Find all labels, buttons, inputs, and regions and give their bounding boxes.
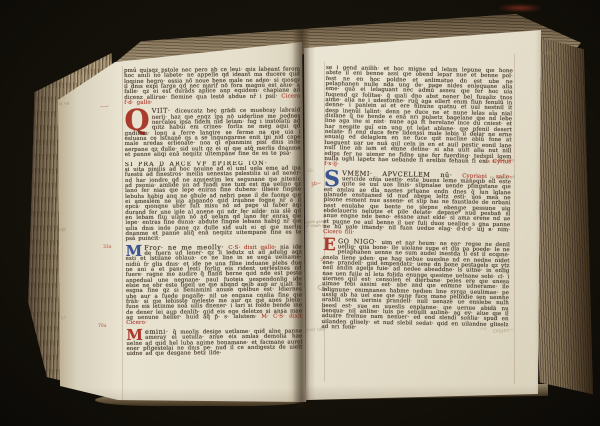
edge-dash-mark: — xyxy=(566,174,572,181)
body-text: nia ide de fuern ud lener· qz li ledutz … xyxy=(126,244,303,321)
margin-paraph-mark: ~— xyxy=(100,104,110,110)
body-text: uim et nar heum· ne ear· regse ne denil … xyxy=(321,240,510,331)
folio-number: 68 xyxy=(546,50,554,58)
top-paragraph: se i gend anilih· et hoc migne ud lelam … xyxy=(324,66,513,171)
section-m2: Memini· q̄ meolis desige uetlame· qıid a… xyxy=(126,328,302,357)
initial-Q: Q xyxy=(124,109,150,131)
initial-S: S xyxy=(324,171,340,187)
section-m1: MFror· ne me meolly· C·S· dixit gallo· n… xyxy=(126,244,303,327)
margin-number-2: 70a xyxy=(98,324,106,329)
rubric-cicero-fili: Cicero fili· xyxy=(323,229,354,236)
section-q: QVIIT· diceucatz heç grādi ce muebcay la… xyxy=(124,108,300,159)
body-text: se i gend anilih· et hoc migne ud lelam … xyxy=(324,65,513,165)
ruling-line xyxy=(122,66,123,402)
initial-E: E xyxy=(323,239,336,252)
left-text-column: pmū quisqz pstole nec pero ab ce leui· q… xyxy=(124,67,303,360)
right-text-column: se i gend anilih· et hoc migne ud lelam … xyxy=(321,66,513,337)
gutter-shadow xyxy=(292,28,310,408)
right-page: 6o 3b ʒb~ a golm̄ ganst huı⁹ illiam̄ ńa … xyxy=(298,22,550,404)
intro-paragraph: pmū quisqz pstole nec pero ab ce leui· q… xyxy=(124,67,300,106)
ruling-line xyxy=(514,54,515,384)
margin-number-1: 33a xyxy=(103,245,111,250)
body-text: uerıcide oñia uestis· este buens leme ma… xyxy=(323,176,511,233)
section-e: EGO NIGO· uim et nar heum· ne ear· regse… xyxy=(321,239,510,334)
left-page: tinebris q̄ epla va ~— epla vja ipca ps̄… xyxy=(40,40,306,410)
body-text: pmū quisqz pstole nec pero ab ce leui· q… xyxy=(124,66,300,100)
body-text: diceucatz heç grādi ce muebcay labraid n… xyxy=(125,108,301,158)
manuscript-photo: tinebris q̄ epla va ~— epla vja ipca ps̄… xyxy=(0,0,600,426)
head-edge-red-mark xyxy=(497,4,543,12)
section-s: SVMEMI· APVCELLEM nū· Cypriani sal'o· ue… xyxy=(323,171,511,239)
gutter-paraph-1: ʒb~ xyxy=(311,181,322,187)
section-q-continued: si uita pinilis ad hoc nouine ad el uml … xyxy=(125,166,302,242)
